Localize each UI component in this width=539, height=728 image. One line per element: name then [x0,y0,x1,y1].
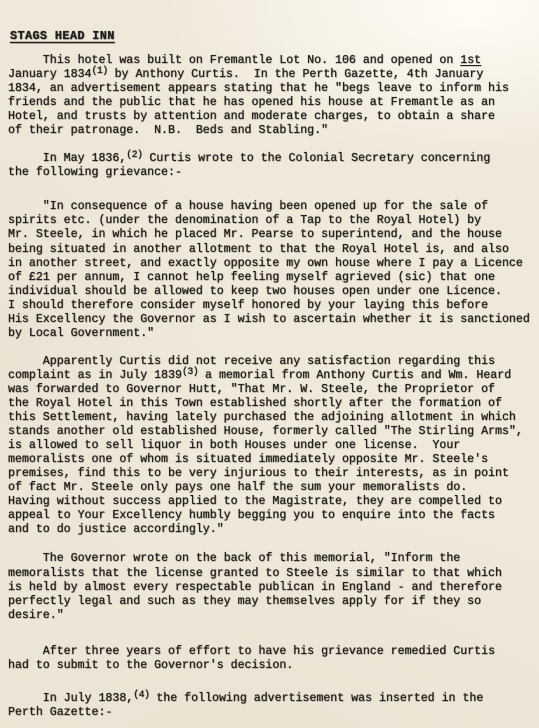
underlined-text: 1st [460,54,481,67]
paragraph-grievance-quote: "In consequence of a house having been o… [8,200,533,340]
text-run: "In consequence of a house having been o… [8,200,530,339]
text-run: The Governor wrote on the back of this m… [8,552,502,621]
paragraph-governor-reply: The Governor wrote on the back of this m… [8,552,533,622]
paragraph-may-1836: In May 1836,(2) Curtis wrote to the Colo… [8,152,533,180]
paragraph-memorial-1839: Apparently Curtis did not receive any sa… [8,355,533,538]
text-run: In July 1838, [8,692,133,705]
paragraph-july-1838: In July 1838,(4) the following advertise… [8,692,533,720]
text-run: In May 1836, [8,152,126,165]
text-run: This hotel was built on Fremantle Lot No… [8,54,460,67]
footnote-marker: (1) [92,65,108,76]
footnote-marker: (2) [126,149,142,160]
typewritten-page: STAGS HEAD INN This hotel was built on F… [0,0,539,728]
footnote-marker: (3) [182,366,198,377]
text-run: a memorial from Anthony Curtis and Wm. H… [8,369,523,537]
footnote-marker: (4) [133,689,149,700]
paragraph-submission: After three years of effort to have his … [8,645,533,673]
text-run: January 1834 [8,68,92,81]
text-run: After three years of effort to have his … [8,645,495,672]
paragraph-intro: This hotel was built on Fremantle Lot No… [8,54,533,138]
document-title: STAGS HEAD INN [10,29,115,43]
